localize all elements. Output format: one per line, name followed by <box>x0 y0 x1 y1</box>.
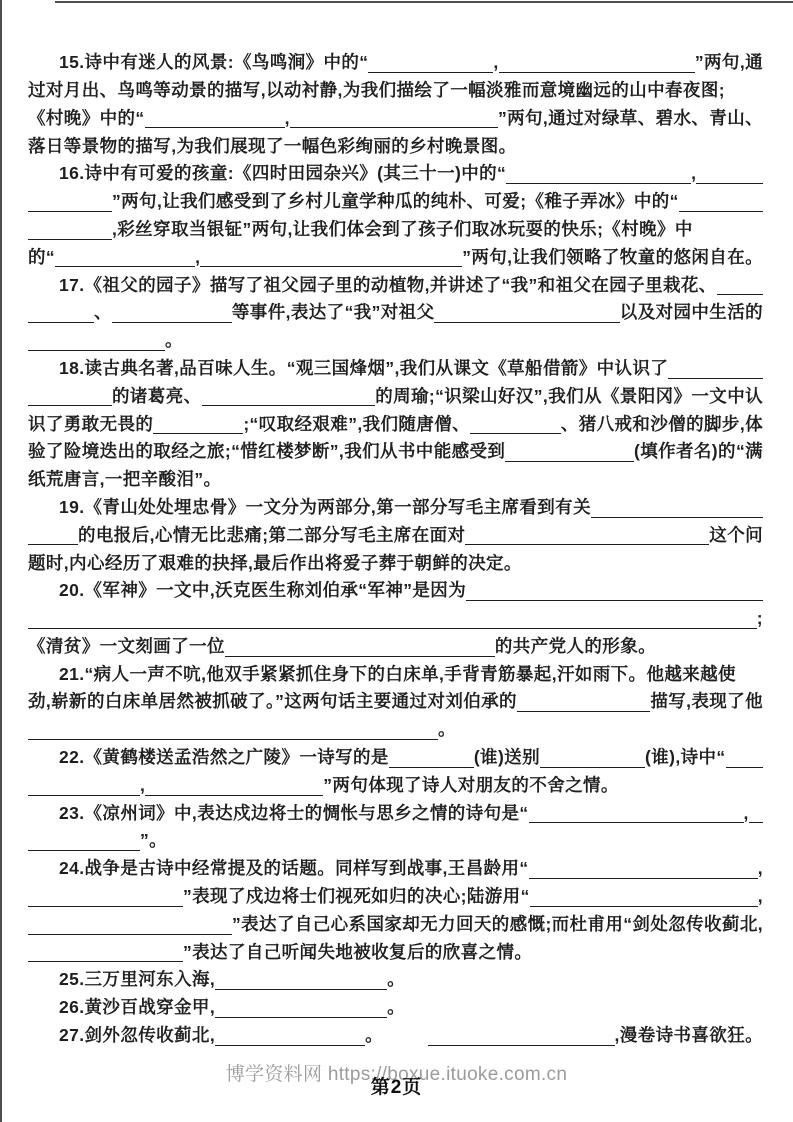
exam-paper-page: 15.诗中有迷人的风景:《鸟鸣涧》中的“,”两句,通过对月出、鸟鸣等动景的描写,… <box>0 0 793 1122</box>
question-text: 16.诗中有可爱的孩童:《四时田园杂兴》(其三十一)中的“ <box>59 163 506 184</box>
answer-blank <box>591 515 763 518</box>
question-16: 16.诗中有可爱的孩童:《四时田园杂兴》(其三十一)中的“,”两句,让我们感受到… <box>28 156 763 267</box>
answer-blank <box>145 793 323 796</box>
answer-blank <box>428 1043 615 1046</box>
question-15-line-4: 落日等景物的描写,为我们展现了一幅色彩绚丽的乡村晚景图。 <box>28 128 763 156</box>
question-text: , <box>758 858 763 879</box>
question-21: 21.“病人一声不吭,他双手紧紧抓住身下的白床单,手背青筋暴起,汗如雨下。他越来… <box>28 657 763 740</box>
question-text: 等事件,表达了“我”对祖父 <box>232 302 435 323</box>
question-25-line-1: 25.三万里河东入海,。 <box>28 962 763 990</box>
answer-blank <box>368 70 493 73</box>
question-17-line-3: 。 <box>28 323 763 351</box>
answer-blank <box>529 820 744 823</box>
answer-blank <box>145 125 285 128</box>
question-24-line-1: 24.战争是古诗中经常提及的话题。同样写到战事,王昌龄用“, <box>28 851 763 879</box>
question-17-line-1: 17.《祖父的园子》描写了祖父园子里的动植物,并讲述了“我”和祖父在园子里栽花、 <box>28 267 763 295</box>
question-text: 19.《青山处处埋忠骨》一文分为两部分,第一部分写毛主席看到有关 <box>59 497 591 518</box>
question-text: 。 <box>438 719 456 740</box>
question-20: 20.《军神》一文中,沃克医生称刘伯承“军神”是因为;《清贫》一文刻画了一位的共… <box>28 573 763 656</box>
question-15-line-3: 《村晚》中的“,”两句,通过对绿草、碧水、青山、 <box>28 101 763 129</box>
question-text: 以及对园中生活的 <box>620 302 763 323</box>
question-22: 22.《黄鹤楼送孟浩然之广陵》一诗写的是(谁)送别(谁),诗中“,”两句体现了诗… <box>28 740 763 796</box>
question-24-line-2: ”表现了戍边将士们视死如归的决心;陆游用“, <box>28 879 763 907</box>
question-text: 。 <box>387 969 405 990</box>
answer-blank <box>28 904 183 907</box>
question-27: 27.剑外忽传收蓟北,。,漫卷诗书喜欲狂。 <box>28 1018 763 1046</box>
question-text: 、猪八戒和沙僧的脚步,体 <box>561 414 763 435</box>
question-18-line-4: 验了险境迭出的取经之旅;“惜红楼梦断”,我们从书中能感受到(填作者名)的“满 <box>28 434 763 462</box>
answer-blank <box>28 793 140 796</box>
answer-blank <box>28 320 94 323</box>
question-19: 19.《青山处处埋忠骨》一文分为两部分,第一部分写毛主席看到有关的电报后,心情无… <box>28 490 763 573</box>
question-text: 验了险境迭出的取经之旅;“惜红楼梦断”,我们从书中能感受到 <box>28 441 505 462</box>
question-24-line-3: ”表达了自己心系国家却无力回天的感慨;而杜甫用“剑处忽传收蓟北, <box>28 907 763 935</box>
question-text: ”两句,通 <box>695 52 763 73</box>
answer-blank <box>540 765 645 768</box>
page-number-label: 第2页 <box>0 1072 793 1099</box>
question-text: ,彩丝穿取当银钲”两句,让我们体会到了孩子们取冰玩耍的快乐;《村晚》中 <box>112 219 693 240</box>
question-text: (谁),诗中“ <box>645 747 726 768</box>
spacer <box>383 1045 428 1046</box>
question-19-line-1: 19.《青山处处埋忠骨》一文分为两部分,第一部分写毛主席看到有关 <box>28 490 763 518</box>
answer-blank <box>466 598 763 601</box>
question-23-line-1: 23.《凉州词》中,表达戍边将士的惆怅与思乡之情的诗句是“, <box>28 796 763 824</box>
answer-blank <box>696 181 763 184</box>
question-text: 20.《军神》一文中,沃克医生称刘伯承“军神”是因为 <box>59 580 466 601</box>
question-23: 23.《凉州词》中,表达戍边将士的惆怅与思乡之情的诗句是“,”。 <box>28 796 763 852</box>
answer-blank <box>202 403 376 406</box>
question-text: (谁)送别 <box>474 747 540 768</box>
question-18-line-2: 的诸葛亮、的周瑜;“识梁山好汉”,我们从《景阳冈》一文中认 <box>28 379 763 407</box>
question-26: 26.黄沙百战穿金甲,。 <box>28 990 763 1018</box>
question-text: 、 <box>94 302 112 323</box>
answer-blank <box>679 209 763 212</box>
question-22-line-1: 22.《黄鹤楼送孟浩然之广陵》一诗写的是(谁)送别(谁),诗中“ <box>28 740 763 768</box>
question-23-line-2: ”。 <box>28 823 763 851</box>
question-16-line-1: 16.诗中有可爱的孩童:《四时田园杂兴》(其三十一)中的“, <box>28 156 763 184</box>
answer-blank <box>726 765 763 768</box>
answer-blank <box>465 542 709 545</box>
answer-blank <box>530 904 758 907</box>
scan-artifact-left-line <box>0 0 2 1122</box>
question-text: 描写,表现了他 <box>650 691 763 712</box>
scan-artifact-top-line <box>55 1 793 3</box>
answer-blank <box>434 320 619 323</box>
question-text: 的电报后,心情无比悲痛;第二部分写毛主席在面对 <box>78 525 465 546</box>
question-21-line-3: 。 <box>28 712 763 740</box>
question-16-line-4: 的“,”两句,让我们领略了牧童的悠闲自在。 <box>28 240 763 268</box>
question-16-line-2: ”两句,让我们感受到了乡村儿童学种瓜的纯朴、可爱;《稚子弄冰》中的“ <box>28 184 763 212</box>
answer-blank <box>28 348 165 351</box>
question-text: 26.黄沙百战穿金甲, <box>59 997 215 1018</box>
answer-blank <box>290 125 498 128</box>
question-text: ; <box>757 608 763 629</box>
question-20-line-3: 《清贫》一文刻画了一位的共产党人的形象。 <box>28 629 763 657</box>
question-text: 17.《祖父的园子》描写了祖父园子里的动植物,并讲述了“我”和祖父在园子里栽花、 <box>59 275 717 296</box>
question-text: ”表现了戍边将士们视死如归的决心;陆游用“ <box>183 886 530 907</box>
question-text: 22.《黄鹤楼送孟浩然之广陵》一诗写的是 <box>59 747 389 768</box>
answer-blank <box>529 876 758 879</box>
answer-blank <box>506 181 691 184</box>
question-17: 17.《祖父的园子》描写了祖父园子里的动植物,并讲述了“我”和祖父在园子里栽花、… <box>28 267 763 350</box>
question-text: , <box>758 886 763 907</box>
question-21-line-1: 21.“病人一声不吭,他双手紧紧抓住身下的白床单,手背青筋暴起,汗如雨下。他越来… <box>28 657 763 685</box>
answer-blank <box>28 209 112 212</box>
question-text: ”表达了自己心系国家却无力回天的感慨;而杜甫用“剑处忽传收蓟北, <box>232 914 763 935</box>
question-text: 《村晚》中的“ <box>28 108 145 129</box>
question-27-line-1: 27.剑外忽传收蓟北,。,漫卷诗书喜欲狂。 <box>28 1018 763 1046</box>
question-text: 18.读古典名著,品百味人生。“观三国烽烟”,我们从课文《草船借箭》中认识了 <box>59 358 668 379</box>
question-text: 24.战争是古诗中经常提及的话题。同样写到战事,王昌龄用“ <box>59 858 529 879</box>
question-15: 15.诗中有迷人的风景:《鸟鸣涧》中的“,”两句,通过对月出、鸟鸣等动景的描写,… <box>28 45 763 156</box>
answer-blank <box>28 848 140 851</box>
question-18: 18.读古典名著,品百味人生。“观三国烽烟”,我们从课文《草船借箭》中认识了的诸… <box>28 351 763 490</box>
question-22-line-2: ,”两句体现了诗人对朋友的不舍之情。 <box>28 768 763 796</box>
answer-blank <box>499 70 695 73</box>
answer-blank <box>28 932 232 935</box>
question-text: ”。 <box>140 830 167 851</box>
question-text: ”两句,通过对绿草、碧水、青山、 <box>498 108 763 129</box>
question-25: 25.三万里河东入海,。 <box>28 962 763 990</box>
answer-blank <box>28 737 438 740</box>
question-text: 的共产党人的形象。 <box>495 636 656 657</box>
answer-blank <box>153 431 243 434</box>
question-text: 的周瑜;“识梁山好汉”,我们从《景阳冈》一文中认 <box>375 386 763 407</box>
question-text: 《清贫》一文刻画了一位 <box>28 636 225 657</box>
question-text: 的“ <box>28 247 55 268</box>
question-text: 23.《凉州词》中,表达戍边将士的惆怅与思乡之情的诗句是“ <box>59 803 529 824</box>
answer-blank <box>28 542 78 545</box>
answer-blank <box>505 459 634 462</box>
answer-blank <box>470 431 561 434</box>
answer-blank <box>55 264 195 267</box>
question-text: 。 <box>365 1025 383 1046</box>
question-text: 落日等景物的描写,为我们展现了一幅色彩绚丽的乡村晚景图。 <box>28 136 517 157</box>
answer-blank <box>28 237 112 240</box>
question-text: ”两句体现了诗人对朋友的不舍之情。 <box>323 775 619 796</box>
question-list: 15.诗中有迷人的风景:《鸟鸣涧》中的“,”两句,通过对月出、鸟鸣等动景的描写,… <box>0 0 793 1046</box>
answer-blank <box>28 959 183 962</box>
answer-blank <box>28 626 757 629</box>
question-16-line-3: ,彩丝穿取当银钲”两句,让我们体会到了孩子们取冰玩耍的快乐;《村晚》中 <box>28 212 763 240</box>
answer-blank <box>668 376 763 379</box>
question-text: 15.诗中有迷人的风景:《鸟鸣涧》中的“ <box>59 52 368 73</box>
answer-blank <box>517 709 650 712</box>
question-24: 24.战争是古诗中经常提及的话题。同样写到战事,王昌龄用“,”表现了戍边将士们视… <box>28 851 763 962</box>
answer-blank <box>28 403 112 406</box>
question-text: ,漫卷诗书喜欲狂。 <box>615 1025 763 1046</box>
question-text: 过对月出、鸟鸣等动景的描写,以动衬静,为我们描绘了一幅淡雅而意境幽远的山中春夜图… <box>28 80 725 101</box>
answer-blank <box>389 765 474 768</box>
question-text: 纸荒唐言,一把辛酸泪”。 <box>28 469 221 490</box>
question-text: (填作者名)的“满 <box>634 441 763 462</box>
page-footer: 博学资料网 https://boxue.ituoke.com.cn 第2页 <box>0 1059 793 1114</box>
question-text: 识了勇敢无畏的 <box>28 414 153 435</box>
answer-blank <box>749 820 763 823</box>
question-15-line-1: 15.诗中有迷人的风景:《鸟鸣涧》中的“,”两句,通 <box>28 45 763 73</box>
answer-blank <box>215 987 387 990</box>
question-text: ”两句,让我们感受到了乡村儿童学种瓜的纯朴、可爱;《稚子弄冰》中的“ <box>112 191 679 212</box>
question-text: 。 <box>387 997 405 1018</box>
question-15-line-2: 过对月出、鸟鸣等动景的描写,以动衬静,为我们描绘了一幅淡雅而意境幽远的山中春夜图… <box>28 73 763 101</box>
question-26-line-1: 26.黄沙百战穿金甲,。 <box>28 990 763 1018</box>
question-text: ”两句,让我们领略了牧童的悠闲自在。 <box>462 247 763 268</box>
question-text: 题时,内心经历了艰难的抉择,最后作出将爱子葬于朝鲜的决定。 <box>28 553 522 574</box>
question-text: 27.剑外忽传收蓟北, <box>59 1025 215 1046</box>
question-21-line-2: 劲,崭新的白床单居然被抓破了。”这两句话主要通过对刘伯承的描写,表现了他 <box>28 684 763 712</box>
question-18-line-3: 识了勇敢无畏的;“叹取经艰难”,我们随唐僧、、猪八戒和沙僧的脚步,体 <box>28 406 763 434</box>
answer-blank <box>112 320 232 323</box>
question-text: 25.三万里河东入海, <box>59 969 215 990</box>
question-24-line-4: ”表达了自己听闻失地被收复后的欣喜之情。 <box>28 935 763 963</box>
question-text: 21.“病人一声不吭,他双手紧紧抓住身下的白床单,手背青筋暴起,汗如雨下。他越来… <box>59 664 736 685</box>
question-text: 这个问 <box>709 525 763 546</box>
question-20-line-1: 20.《军神》一文中,沃克医生称刘伯承“军神”是因为 <box>28 573 763 601</box>
question-text: ”表达了自己听闻失地被收复后的欣喜之情。 <box>183 942 532 963</box>
question-20-line-2: ; <box>28 601 763 629</box>
question-19-line-3: 题时,内心经历了艰难的抉择,最后作出将爱子葬于朝鲜的决定。 <box>28 545 763 573</box>
answer-blank <box>215 1043 365 1046</box>
answer-blank <box>717 292 763 295</box>
question-19-line-2: 的电报后,心情无比悲痛;第二部分写毛主席在面对这个问 <box>28 518 763 546</box>
question-text: ;“叹取经艰难”,我们随唐僧、 <box>243 414 470 435</box>
answer-blank <box>200 264 462 267</box>
question-18-line-5: 纸荒唐言,一把辛酸泪”。 <box>28 462 763 490</box>
answer-blank <box>215 1015 387 1018</box>
question-17-line-2: 、等事件,表达了“我”对祖父以及对园中生活的 <box>28 295 763 323</box>
question-text: 。 <box>165 330 183 351</box>
question-text: 的诸葛亮、 <box>112 386 202 407</box>
question-18-line-1: 18.读古典名著,品百味人生。“观三国烽烟”,我们从课文《草船借箭》中认识了 <box>28 351 763 379</box>
question-text: 劲,崭新的白床单居然被抓破了。”这两句话主要通过对刘伯承的 <box>28 691 517 712</box>
answer-blank <box>225 654 495 657</box>
